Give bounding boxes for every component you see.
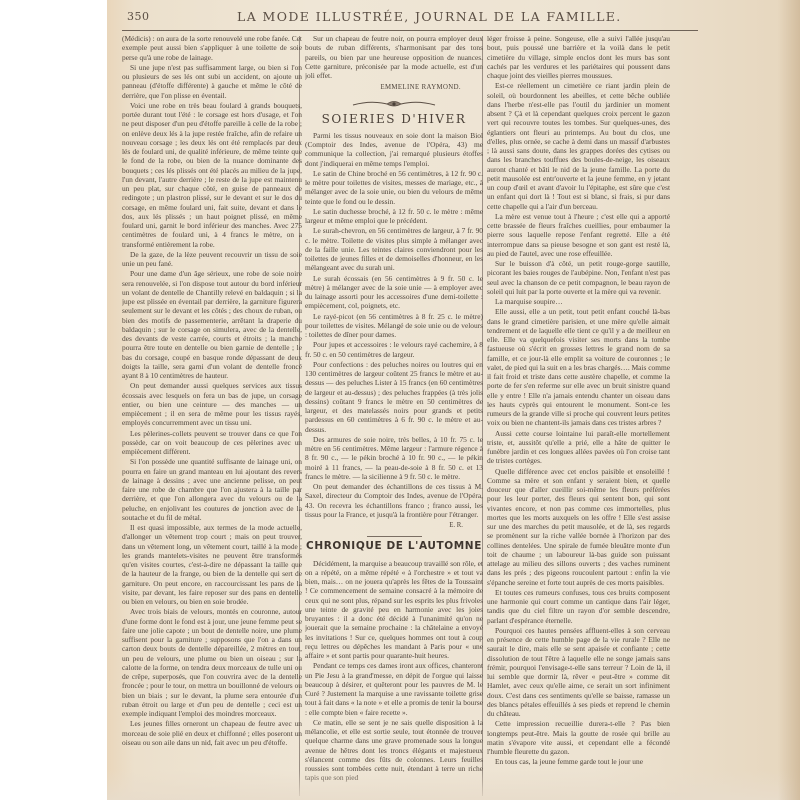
paragraph: Sur le buisson d'à côté, un petit rouge-… (487, 259, 670, 296)
journal-title: LA MODE ILLUSTRÉE, JOURNAL DE LA FAMILLE… (237, 9, 622, 24)
journal-page: 350 LA MODE ILLUSTRÉE, JOURNAL DE LA FAM… (107, 0, 800, 800)
paragraph: Et toutes ces rumeurs confuses, tous ces… (487, 588, 670, 625)
paragraph: Pour confections : des peluches noires o… (305, 360, 483, 434)
paragraph: De la gaze, de la lèze peuvent recouvrir… (122, 250, 302, 269)
section-signature: E. R. (305, 521, 483, 530)
paragraph: Parmi les tissus nouveaux en soie dont l… (305, 131, 483, 168)
paragraph: Il est quasi impossible, aux termes de l… (122, 523, 302, 606)
paragraph: Est-ce réellement un cimetière ce riant … (487, 81, 670, 211)
paragraph: Aussi cette course lointaine lui paraît-… (487, 429, 670, 466)
page-number: 350 (127, 10, 150, 23)
paragraph: Si une jupe n'est pas suffisamment large… (122, 63, 302, 100)
paragraph: Pendant ce temps ces dames iront aux off… (305, 661, 483, 717)
paragraph: Décidément, la marquise a beaucoup trava… (305, 559, 483, 661)
ornament-divider-icon (349, 97, 439, 111)
section-title-chronique: CHRONIQUE DE L'AUTOMNE (305, 542, 483, 551)
paragraph: Sur un chapeau de feutre noir, on pourra… (305, 34, 483, 80)
paragraph: Cette impression recueillie durera-t-ell… (487, 719, 670, 756)
paragraph: Les jeunes filles orneront un chapeau de… (122, 719, 302, 747)
author-signature: EMMELINE RAYMOND. (305, 83, 483, 92)
paragraph: Quelle différence avec cet enclos paisib… (487, 467, 670, 587)
paragraph: En tous cas, la jeune femme garde tout l… (487, 757, 670, 766)
paragraph: La mère est venue tout à l'heure ; c'est… (487, 212, 670, 258)
paragraph: Le surah écossais (en 56 centimètres à 9… (305, 274, 483, 311)
column-right: léger froisse à peine. Songeuse, elle a … (487, 34, 670, 800)
paragraph: Le surah-chevron, en 56 centimètres de l… (305, 226, 483, 272)
column-middle: Sur un chapeau de feutre noir, on pourra… (305, 34, 483, 800)
paragraph: On peut demander des échantillons de ces… (305, 482, 483, 519)
paragraph: léger froisse à peine. Songeuse, elle a … (487, 34, 670, 80)
paragraph: La marquise soupire… (487, 297, 670, 306)
paragraph: Le satin de Chine broché en 56 centimètr… (305, 169, 483, 206)
paragraph: Les pèlerines-collets peuvent se trouver… (122, 429, 302, 457)
paragraph: Pourquoi ces hautes pensées affluent-ell… (487, 626, 670, 719)
paragraph: Des armures de soie noire, très belles, … (305, 435, 483, 481)
paragraph: Pour une dame d'un âge sérieux, une robe… (122, 269, 302, 380)
section-rule (367, 536, 422, 537)
header-rule (122, 30, 698, 31)
paragraph: Le satin duchesse broché, à 12 fr. 50 c.… (305, 207, 483, 226)
paragraph: Elle aussi, elle a un petit, tout petit … (487, 307, 670, 427)
paragraph: Avec trois biais de velours, montés en c… (122, 607, 302, 718)
paragraph: Si l'on possède une quantité suffisante … (122, 457, 302, 522)
page-header: 350 LA MODE ILLUSTRÉE, JOURNAL DE LA FAM… (107, 0, 800, 32)
paragraph: Le rayé-picot (en 56 centimètres à 8 fr.… (305, 312, 483, 340)
paragraph: On peut demander aussi quelques services… (122, 381, 302, 427)
paragraph: Pour jupes et accessoires : le velours r… (305, 340, 483, 359)
paragraph: Voici une robe en très beau foulard à gr… (122, 101, 302, 249)
column-left: (Médicis) : on aura de la sorte renouvel… (122, 34, 302, 800)
page-bottom-shading (107, 770, 800, 800)
paragraph: (Médicis) : on aura de la sorte renouvel… (122, 34, 302, 62)
section-title-soieries: SOIERIES D'HIVER (305, 115, 483, 124)
